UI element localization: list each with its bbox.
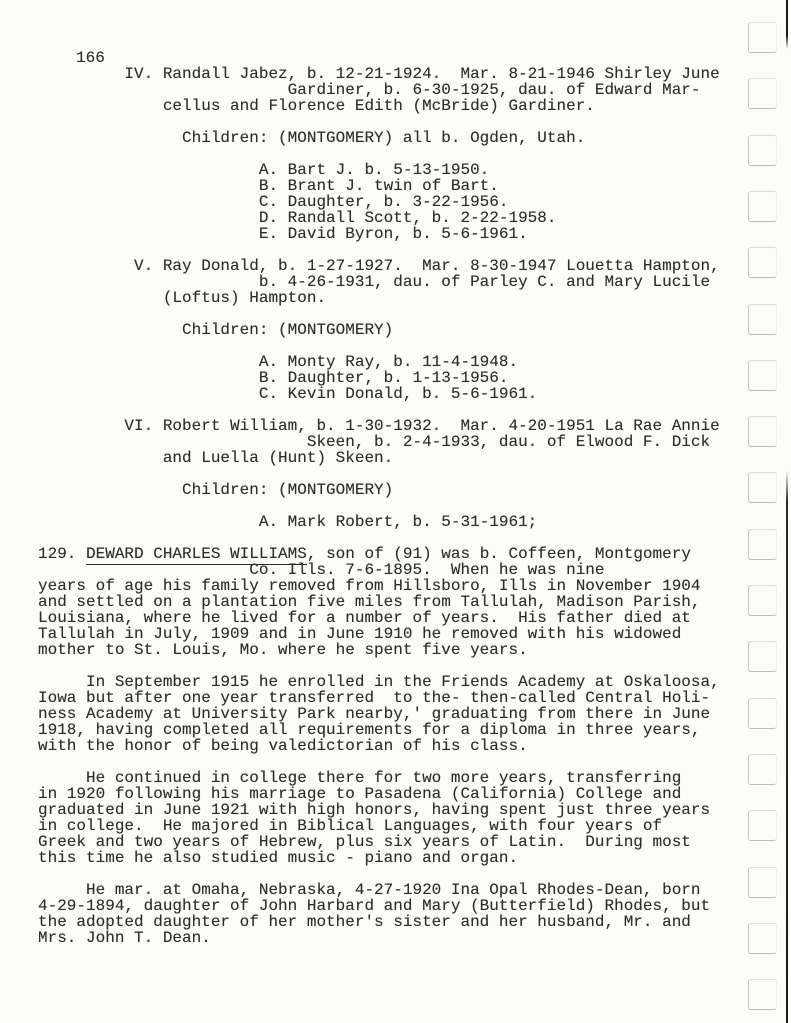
entry-v-line: (Loftus) Hampton. — [38, 290, 791, 306]
children-header: Children: (MONTGOMERY) all b. Ogden, Uta… — [38, 130, 791, 146]
entry-129-line: Mrs. John T. Dean. — [38, 930, 791, 946]
binding-mark — [748, 923, 777, 954]
children-header: Children: (MONTGOMERY) — [38, 322, 791, 338]
entry-129-line: 4-29-1894, daughter of John Harbard and … — [38, 898, 791, 914]
entry-v-line: V. Ray Donald, b. 1-27-1927. Mar. 8-30-1… — [38, 258, 791, 274]
entry-129-line: He mar. at Omaha, Nebraska, 4-27-1920 In… — [38, 882, 791, 898]
binding-mark — [748, 698, 777, 729]
blank-line — [38, 402, 791, 418]
page-number: 166 — [38, 50, 791, 66]
entry-129-line: Co. Ills. 7-6-1895. When he was nine — [38, 562, 791, 578]
entry-129-line: Tallulah in July, 1909 and in June 1910 … — [38, 626, 791, 642]
blank-line — [38, 306, 791, 322]
binding-mark — [748, 810, 777, 841]
blank-line — [38, 498, 791, 514]
blank-line — [38, 754, 791, 770]
binding-mark — [748, 78, 777, 109]
entry-129-line: with the honor of being valedictorian of… — [38, 738, 791, 754]
children-header: Children: (MONTGOMERY) — [38, 482, 791, 498]
child-item-line: E. David Byron, b. 5-6-1961. — [38, 226, 791, 242]
blank-line — [38, 866, 791, 882]
child-item-line: A. Monty Ray, b. 11-4-1948. — [38, 354, 791, 370]
binding-mark — [748, 529, 777, 560]
binding-mark — [748, 585, 777, 616]
entry-129-line: graduated in June 1921 with high honors,… — [38, 802, 791, 818]
entry-129-line: in 1920 following his marriage to Pasade… — [38, 786, 791, 802]
child-item-line: D. Randall Scott, b. 2-22-1958. — [38, 210, 791, 226]
binding-mark — [748, 135, 777, 166]
binding-mark — [748, 867, 777, 898]
blank-line — [38, 114, 791, 130]
binding-mark — [748, 304, 777, 335]
binding-mark — [748, 754, 777, 785]
entry-vi-line: Skeen, b. 2-4-1933, dau. of Elwood F. Di… — [38, 434, 791, 450]
scanned-page: 166 IV. Randall Jabez, b. 12-21-1924. Ma… — [0, 0, 791, 946]
child-item-line: C. Daughter, b. 3-22-1956. — [38, 194, 791, 210]
binding-mark — [748, 416, 777, 447]
entry-129-line: Iowa but after one year transferred to t… — [38, 690, 791, 706]
entry-iv-line: IV. Randall Jabez, b. 12-21-1924. Mar. 8… — [38, 66, 791, 82]
entry-iv-line: Gardiner, b. 6-30-1925, dau. of Edward M… — [38, 82, 791, 98]
child-item-line: A. Mark Robert, b. 5-31-1961; — [38, 514, 791, 530]
entry-129-line: In September 1915 he enrolled in the Fri… — [38, 674, 791, 690]
entry-129-line: in college. He majored in Biblical Langu… — [38, 818, 791, 834]
scan-edge-line — [786, 0, 788, 1023]
blank-line — [38, 530, 791, 546]
entry-vi-line: and Luella (Hunt) Skeen. — [38, 450, 791, 466]
entry-v-line: b. 4-26-1931, dau. of Parley C. and Mary… — [38, 274, 791, 290]
entry-129-line: Greek and two years of Hebrew, plus six … — [38, 834, 791, 850]
entry-iv-line: cellus and Florence Edith (McBride) Gard… — [38, 98, 791, 114]
entry-vi-line: VI. Robert William, b. 1-30-1932. Mar. 4… — [38, 418, 791, 434]
entry-129-line: this time he also studied music - piano … — [38, 850, 791, 866]
binding-mark — [748, 247, 777, 278]
blank-line — [38, 242, 791, 258]
binding-mark — [748, 360, 777, 391]
entry-129-line: years of age his family removed from Hil… — [38, 578, 791, 594]
binding-mark — [748, 472, 777, 503]
entry-129-line: ness Academy at University Park nearby,'… — [38, 706, 791, 722]
entry-129-line: the adopted daughter of her mother's sis… — [38, 914, 791, 930]
blank-line — [38, 338, 791, 354]
blank-line — [38, 658, 791, 674]
entry-129-line: Louisiana, where he lived for a number o… — [38, 610, 791, 626]
binding-mark — [748, 641, 777, 672]
entry-129-line: He continued in college there for two mo… — [38, 770, 791, 786]
entry-129-heading: 129. DEWARD CHARLES WILLIAMS, son of (91… — [38, 546, 791, 562]
child-item-line: C. Kevin Donald, b. 5-6-1961. — [38, 386, 791, 402]
entry-129-line: and settled on a plantation five miles f… — [38, 594, 791, 610]
child-item-line: B. Daughter, b. 1-13-1956. — [38, 370, 791, 386]
entry-129-line: 1918, having completed all requirements … — [38, 722, 791, 738]
entry-129-line: mother to St. Louis, Mo. where he spent … — [38, 642, 791, 658]
binding-mark — [748, 979, 777, 1010]
blank-line — [38, 466, 791, 482]
child-item-line: B. Brant J. twin of Bart. — [38, 178, 791, 194]
blank-line — [38, 146, 791, 162]
binding-mark — [748, 22, 777, 53]
binding-mark — [748, 191, 777, 222]
child-item-line: A. Bart J. b. 5-13-1950. — [38, 162, 791, 178]
